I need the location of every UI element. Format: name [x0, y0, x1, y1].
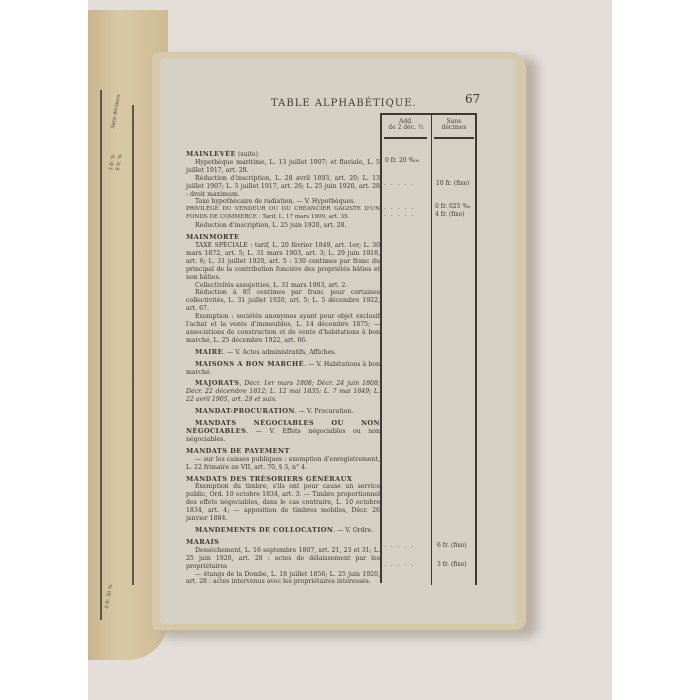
entry-marais: MARAIS Dessèchement, L. 16 septembre 180… — [186, 539, 380, 586]
entry-line: Réduction d'inscription, L. 28 avril 189… — [186, 175, 380, 199]
headword: MAJORATS — [195, 379, 239, 387]
value-privilege-tarif: 0 fr. 025 %₀ — [435, 203, 470, 210]
entry-text: . — V. Procuration. — [295, 408, 354, 415]
left-page-footer-note: 0 fr. 30 % — [104, 584, 114, 609]
entry-mainlevee: MAINLEVÉE (suite) Hypothèque maritime, L… — [186, 151, 380, 230]
entry-line: TAXE SPÉCIALE : tarif, L. 20 février 184… — [186, 242, 380, 282]
left-page-value: 8 fr. % — [115, 154, 124, 171]
column-head-underline — [384, 137, 427, 139]
headword: MAINMORTE — [186, 234, 380, 242]
entry-line: Hypothèque maritime, L. 13 juillet 1907;… — [186, 159, 380, 175]
entry-mainmorte: MAINMORTE TAXE SPÉCIALE : tarif, L. 20 f… — [186, 234, 380, 345]
leader-dots: ..... — [384, 561, 419, 568]
entry-mandats-negociables: MANDATS NÉGOCIABLES OU NON NÉGOCIABLES. … — [186, 420, 380, 444]
entry-text: . — V. Actes administratifs, Affiches. — [223, 349, 336, 356]
entry-mandat-procuration: MANDAT-PROCURATION. — V. Procuration. — [186, 408, 380, 416]
table-right-rule — [475, 113, 477, 585]
table-left-rule — [380, 113, 382, 583]
entry-line: Réduction d'inscription, L. 25 juin 1920… — [186, 222, 380, 230]
headword: MANDEMENTS DE COLLOCATION — [195, 526, 333, 534]
headword: MANDATS DE PAYEMENT — [186, 448, 380, 456]
headword: MANDATS DES TRÉSORIERS GÉNÉRAUX — [186, 476, 380, 484]
entry-mandements-de-collocation: MANDEMENTS DE COLLOCATION. — V. Ordre. — [186, 527, 380, 535]
entry-line: PRIVILÈGE DU VENDEUR OU DU CRÉANCIER GAG… — [186, 206, 380, 222]
leader-dots: ..... — [384, 542, 419, 549]
entry-line: Dessèchement, L. 16 septembre 1807, art.… — [186, 547, 380, 571]
column-head-line: de 2 déc. ½ — [382, 125, 430, 131]
entry-maisons-a-bon-marche: MAISONS A BON MARCHÉ. — V. Habitations à… — [186, 361, 380, 377]
entry-mandats-de-payement: MANDATS DE PAYEMENT — sur les caisses pu… — [186, 448, 380, 472]
entry-mandats-des-tresoriers: MANDATS DES TRÉSORIERS GÉNÉRAUX Exemptio… — [186, 476, 380, 523]
column-head-line: décimes — [433, 125, 475, 131]
page-number: 67 — [465, 92, 480, 106]
headword-suffix: (suite) — [238, 151, 258, 158]
entry-line: Exemption : sociétés anonymes ayant pour… — [186, 313, 380, 345]
value-marais-etangs: 3 fr. (fixe) — [437, 561, 467, 568]
left-page-rule — [132, 105, 134, 585]
headword: MAISONS A BON MARCHÉ — [195, 360, 304, 368]
headword: MAIRE — [195, 348, 223, 356]
column-head-underline — [434, 137, 474, 139]
running-head: TABLE ALPHABÉTIQUE. — [271, 98, 417, 109]
headword: MARAIS — [186, 539, 380, 547]
leader-dots: ..... — [384, 180, 419, 187]
entry-line: Collectivités assujetties, L. 31 mars 19… — [186, 282, 380, 290]
headword: MAINLEVÉE — [186, 150, 236, 158]
entry-line: Réduction à 85 centimes par franc pour c… — [186, 289, 380, 313]
left-page-column-head: Sans décimes — [110, 94, 122, 129]
value-mainlevee-hypotheque: 0 fr. 20 %₀₀ — [385, 157, 419, 164]
value-marais-dessechement: 6 fr. (fixe) — [437, 542, 467, 549]
leader-dots: ..... — [384, 211, 419, 218]
column-head-sans-decimes: Sans décimes — [433, 119, 475, 131]
left-page-rule — [100, 90, 102, 620]
entry-line: — sur les caisses publiques : exemption … — [186, 456, 380, 472]
value-privilege-reduction: 4 fr. (fixe) — [435, 211, 465, 218]
index-entries: MAINLEVÉE (suite) Hypothèque maritime, L… — [186, 151, 380, 590]
entry-majorats: MAJORATS, Décr. 1er mars 1808; Décr. 24 … — [186, 380, 380, 404]
column-head-add-2-dec: Add. de 2 déc. ½ — [382, 119, 430, 131]
table-top-rule — [380, 113, 476, 115]
entry-maire: MAIRE. — V. Actes administratifs, Affich… — [186, 349, 380, 357]
headword: MANDAT-PROCURATION — [195, 407, 295, 415]
table-middle-rule — [431, 115, 432, 585]
entry-line: Exemption du timbre, s'ils ont pour caus… — [186, 483, 380, 523]
value-mainlevee-reduction: 10 fr. (fixe) — [436, 180, 469, 187]
entry-line: — étangs de la Dombe, L. 18 juillet 1856… — [186, 571, 380, 587]
leader-dots: ..... — [384, 204, 419, 211]
entry-text: . — V. Ordre. — [333, 527, 373, 534]
